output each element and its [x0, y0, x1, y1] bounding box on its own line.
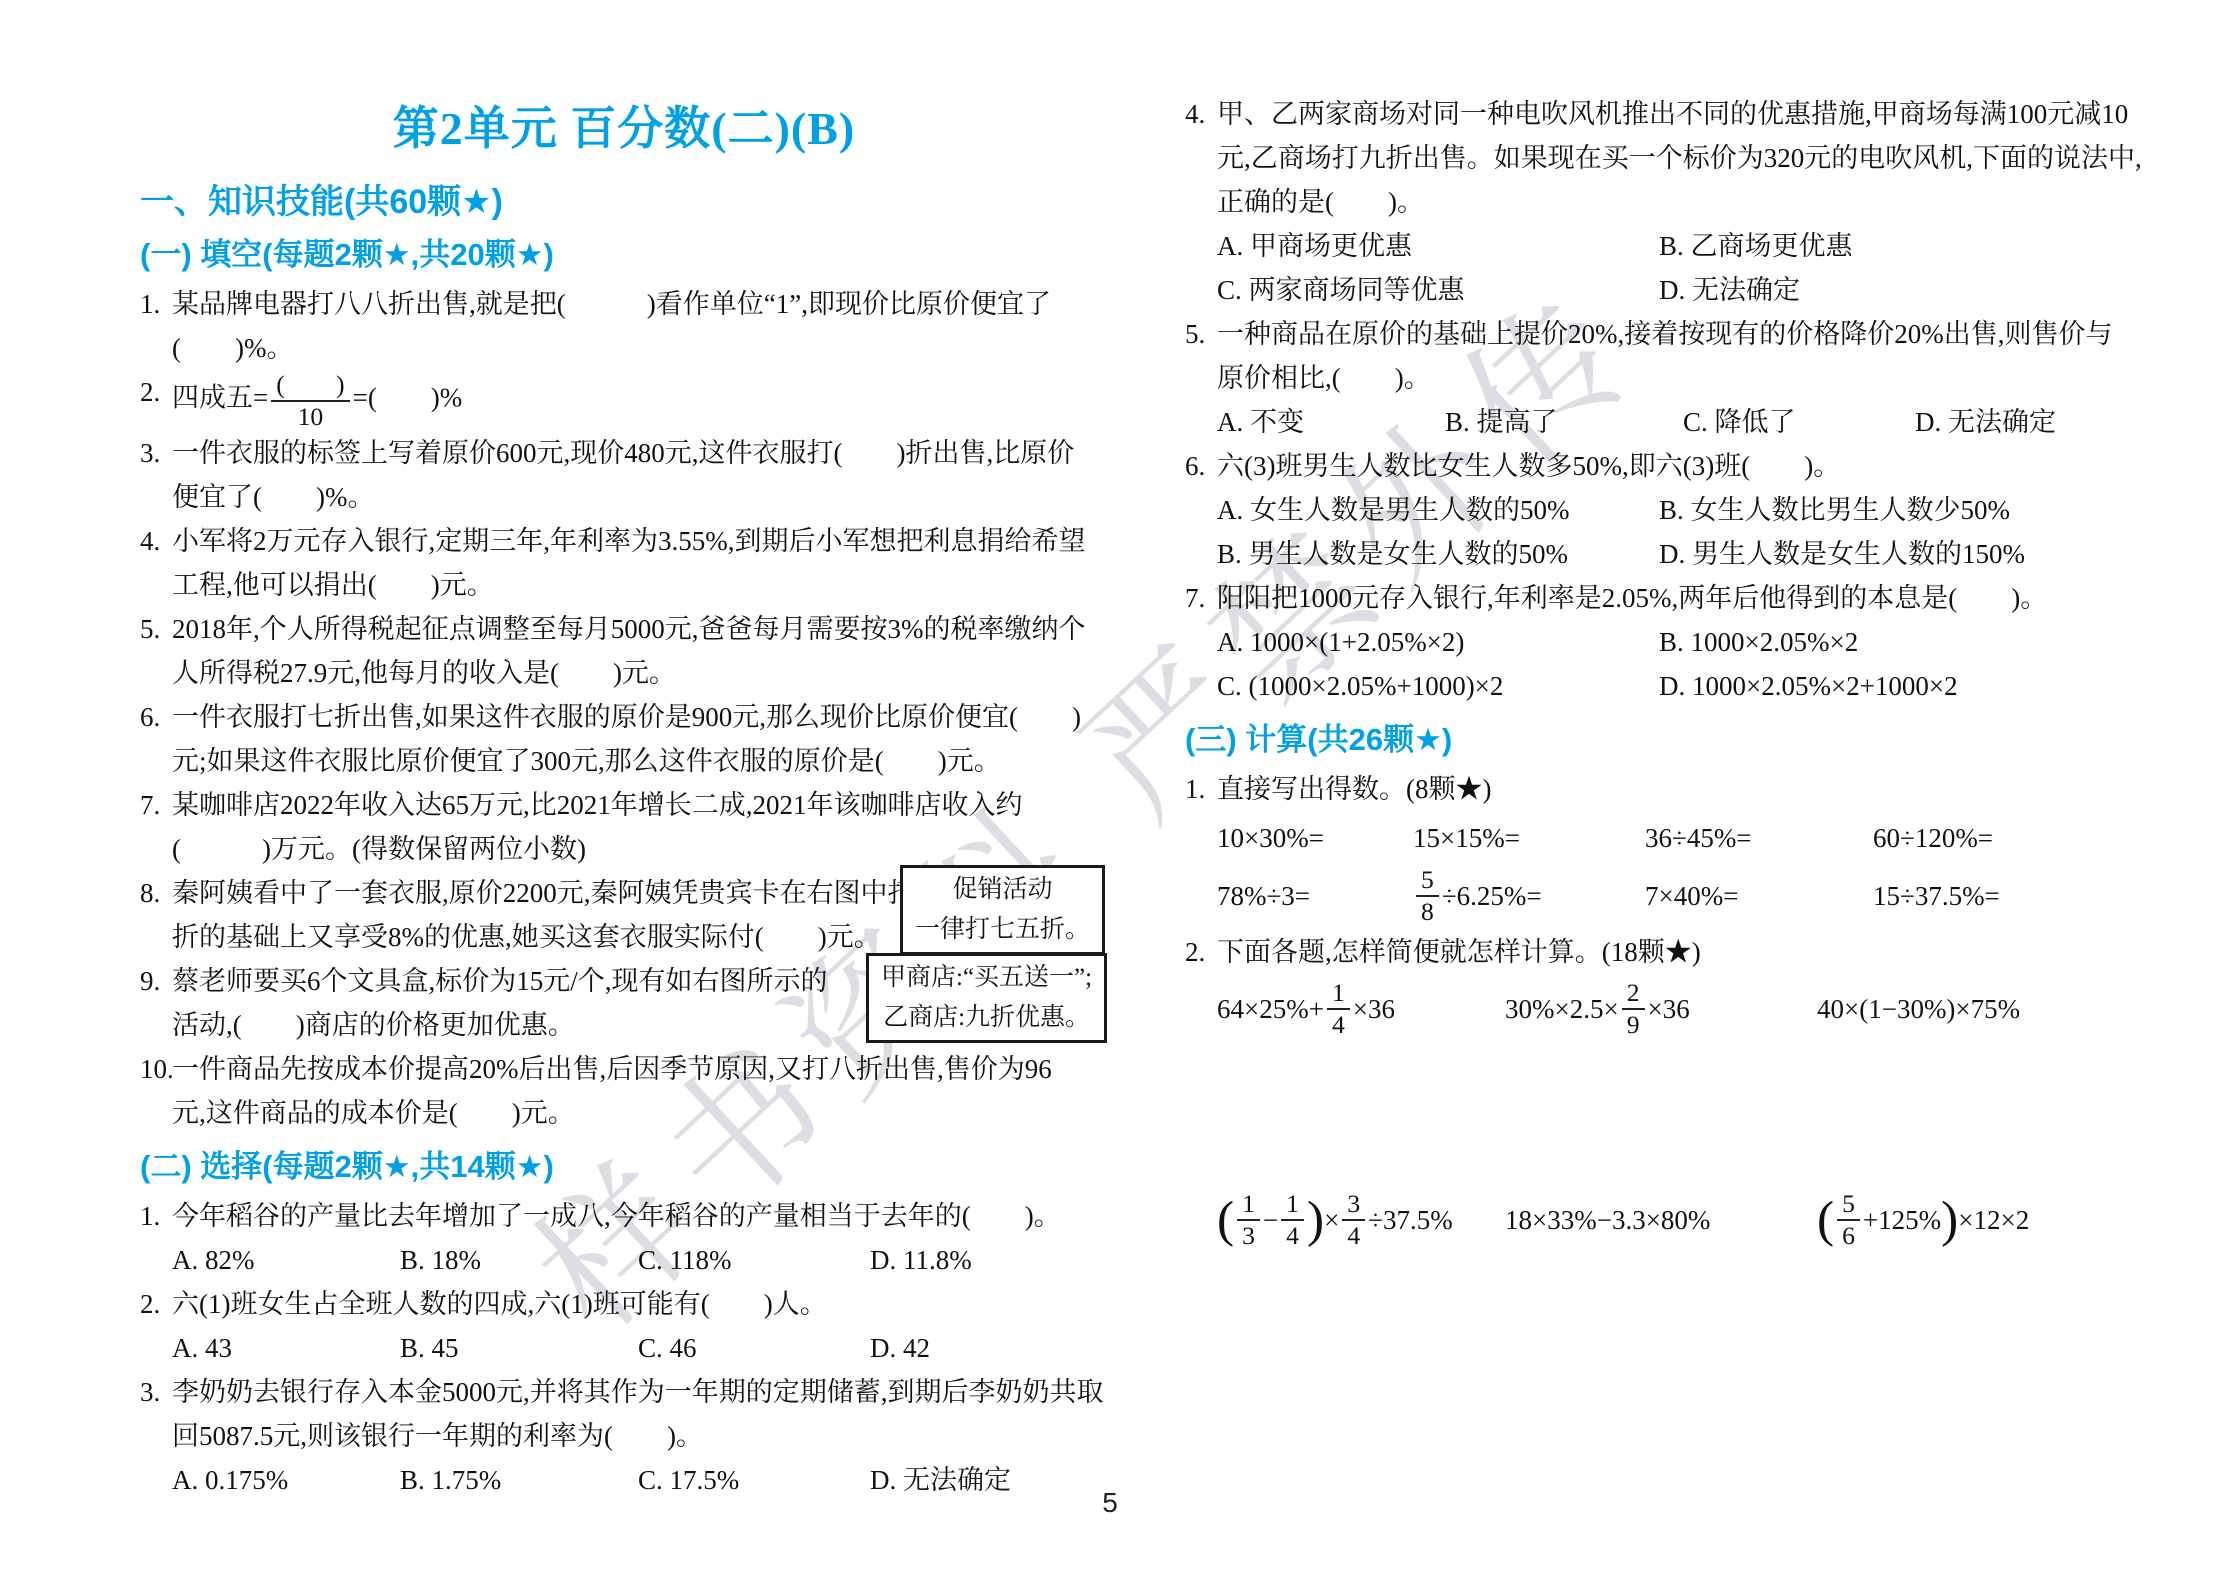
question-body: 某品牌电器打八八折出售,就是把( )看作单位“1”,即现价比原价便宜了( )%。: [172, 282, 1108, 370]
question-line: 工程,他可以捐出( )元。: [172, 563, 1108, 607]
fraction-numerator: 1: [1237, 1189, 1260, 1221]
question-line: 一件衣服的标签上写着原价600元,现价480元,这件衣服打( )折出售,比原价: [172, 431, 1108, 475]
calc-item: 15×15%=: [1413, 815, 1645, 861]
fraction: 13: [1237, 1189, 1260, 1250]
fraction-denominator: 8: [1416, 897, 1439, 927]
text-run: ÷37.5%: [1368, 1197, 1453, 1243]
calc-item: 18×33%−3.3×80%: [1505, 1197, 1817, 1243]
choice-question: 2.六(1)班女生占全班人数的四成,六(1)班可能有( )人。A. 43B. 4…: [140, 1282, 1108, 1370]
text-run: 7×40%=: [1645, 873, 1738, 919]
fraction: 58: [1416, 865, 1439, 926]
question-body: 六(3)班男生人数比女生人数多50%,即六(3)班( )。A. 女生人数是男生人…: [1217, 444, 2135, 576]
subsection-choice-heading: (二) 选择(每题2颗★,共14颗★): [140, 1141, 1108, 1186]
question-body: 一件衣服打七折出售,如果这件衣服的原价是900元,那么现价比原价便宜( )元;如…: [172, 695, 1108, 783]
options-row: A. 不变B. 提高了C. 降低了D. 无法确定: [1217, 400, 2135, 444]
choice-question: 3.李奶奶去银行存入本金5000元,并将其作为一年期的定期储蓄,到期后李奶奶共取…: [140, 1370, 1108, 1502]
text-run: 直接写出得数。(8颗★): [1217, 774, 1491, 804]
question-body: 一件商品先按成本价提高20%后出售,后因季节原因,又打八折出售,售价为96元,这…: [172, 1047, 1108, 1135]
text-run: 秦阿姨看中了一套衣服,原价2200元,秦阿姨凭贵宾卡在右图中打: [172, 878, 915, 908]
question-body: 李奶奶去银行存入本金5000元,并将其作为一年期的定期储蓄,到期后李奶奶共取回5…: [172, 1370, 1108, 1502]
question-body: 四成五=( )10=( )%: [172, 370, 1108, 431]
promo-box: 甲商店:“买五送一”;乙商店:九折优惠。: [866, 953, 1107, 1043]
calc-item: 36÷45%=: [1645, 815, 1873, 861]
question-number: 1.: [1185, 767, 1205, 811]
question-line: 元;如果这件衣服比原价便宜了300元,那么这件衣服的原价是( )元。: [172, 739, 1108, 783]
question-line: 直接写出得数。(8颗★): [1217, 767, 2135, 811]
text-run: 小军将2万元存入银行,定期三年,年利率为3.55%,到期后小军想把利息捐给希望: [172, 526, 1086, 556]
text-run: 18×33%−3.3×80%: [1505, 1197, 1710, 1243]
option: C. 两家商场同等优惠: [1217, 268, 1659, 312]
option: C. 降低了: [1683, 400, 1915, 444]
question-line: 人所得税27.9元,他每月的收入是( )元。: [172, 651, 1108, 695]
calc-item: 64×25%+14×36: [1217, 978, 1505, 1039]
text-run: ÷6.25%=: [1442, 873, 1542, 919]
left-column: 第2单元 百分数(二)(B) 一、知识技能(共60颗★) (一) 填空(每题2颗…: [140, 92, 1108, 1502]
fraction-numerator: 2: [1622, 978, 1645, 1010]
question-body: 阳阳把1000元存入银行,年利率是2.05%,两年后他得到的本息是( )。A. …: [1217, 576, 2135, 708]
question-number: 1.: [140, 282, 160, 326]
question-line: 六(3)班男生人数比女生人数多50%,即六(3)班( )。: [1217, 444, 2135, 488]
question-body: 下面各题,怎样简便就怎样计算。(18颗★)64×25%+14×3630%×2.5…: [1217, 930, 2135, 1250]
text-run: 蔡老师要买6个文具盒,标价为15元/个,现有如右图所示的: [172, 966, 828, 996]
question-body: 直接写出得数。(8颗★)10×30%=15×15%=36÷45%=60÷120%…: [1217, 767, 2135, 926]
text-run: 今年稻谷的产量比去年增加了一成八,今年稻谷的产量相当于去年的( )。: [172, 1201, 1061, 1231]
choice-question: 1.今年稻谷的产量比去年增加了一成八,今年稻谷的产量相当于去年的( )。A. 8…: [140, 1194, 1108, 1282]
choice-questions-list-right: 4.甲、乙两家商场对同一种电吹风机推出不同的优惠措施,甲商场每满100元减10元…: [1185, 92, 2135, 708]
text-run: 30%×2.5×: [1505, 986, 1619, 1032]
question-number: 9.: [140, 959, 160, 1003]
question-body: 某咖啡店2022年收入达65万元,比2021年增长二成,2021年该咖啡店收入约…: [172, 783, 1108, 871]
question-line: 正确的是( )。: [1217, 180, 2135, 224]
question-body: 小军将2万元存入银行,定期三年,年利率为3.55%,到期后小军想把利息捐给希望工…: [172, 519, 1108, 607]
option: B. 1000×2.05%×2: [1659, 620, 2135, 664]
question-number: 1.: [140, 1194, 160, 1238]
fill-question: 3.一件衣服的标签上写着原价600元,现价480元,这件衣服打( )折出售,比原…: [140, 431, 1108, 519]
text-run: 阳阳把1000元存入银行,年利率是2.05%,两年后他得到的本息是( )。: [1217, 583, 2047, 613]
calc-item: 30%×2.5×29×36: [1505, 978, 1817, 1039]
subsection-calc-heading: (三) 计算(共26颗★): [1185, 714, 2135, 759]
question-line: 元,乙商场打九折出售。如果现在买一个标价为320元的电吹风机,下面的说法中,: [1217, 136, 2135, 180]
text-run: 元,乙商场打九折出售。如果现在买一个标价为320元的电吹风机,下面的说法中,: [1217, 143, 2142, 173]
question-number: 10.: [140, 1047, 174, 1091]
choice-question: 5.一种商品在原价的基础上提价20%,接着按现有的价格降价20%出售,则售价与原…: [1185, 312, 2135, 444]
option: A. 不变: [1217, 400, 1445, 444]
options-row: A. 甲商场更优惠B. 乙商场更优惠: [1217, 224, 2135, 268]
fill-question: 5.2018年,个人所得税起征点调整至每月5000元,爸爸每月需要按3%的税率缴…: [140, 607, 1108, 695]
text-run: 一件衣服的标签上写着原价600元,现价480元,这件衣服打( )折出售,比原价: [172, 438, 1074, 468]
text-run: 甲、乙两家商场对同一种电吹风机推出不同的优惠措施,甲商场每满100元减10: [1217, 99, 2128, 129]
question-line: 2018年,个人所得税起征点调整至每月5000元,爸爸每月需要按3%的税率缴纳个: [172, 607, 1108, 651]
question-number: 3.: [140, 431, 160, 475]
text-run: 工程,他可以捐出( )元。: [172, 570, 494, 600]
question-number: 7.: [140, 783, 160, 827]
option: B. 男生人数是女生人数的50%: [1217, 532, 1659, 576]
text-run: 15÷37.5%=: [1873, 873, 2000, 919]
option: C. 46: [638, 1326, 870, 1370]
text-run: 六(3)班男生人数比女生人数多50%,即六(3)班( )。: [1217, 451, 1840, 481]
options-row: C. (1000×2.05%+1000)×2D. 1000×2.05%×2+10…: [1217, 664, 2135, 708]
calc-question: 2.下面各题,怎样简便就怎样计算。(18颗★)64×25%+14×3630%×2…: [1185, 930, 2135, 1250]
question-number: 4.: [1185, 92, 1205, 136]
option: D. 1000×2.05%×2+1000×2: [1659, 664, 2135, 708]
question-line: 甲、乙两家商场对同一种电吹风机推出不同的优惠措施,甲商场每满100元减10: [1217, 92, 2135, 136]
text-run: 元;如果这件衣服比原价便宜了300元,那么这件衣服的原价是( )元。: [172, 746, 1001, 776]
fraction-numerator: 1: [1327, 978, 1350, 1010]
question-number: 8.: [140, 871, 160, 915]
section-knowledge-heading: 一、知识技能(共60颗★): [140, 174, 1108, 223]
option: B. 乙商场更优惠: [1659, 224, 2135, 268]
question-body: 六(1)班女生占全班人数的四成,六(1)班可能有( )人。A. 43B. 45C…: [172, 1282, 1108, 1370]
option: B. 18%: [400, 1238, 638, 1282]
text-run: 正确的是( )。: [1217, 187, 1424, 217]
text-run: 李奶奶去银行存入本金5000元,并将其作为一年期的定期储蓄,到期后李奶奶共取: [172, 1377, 1104, 1407]
fraction: 14: [1281, 1189, 1304, 1250]
fill-question: 7.某咖啡店2022年收入达65万元,比2021年增长二成,2021年该咖啡店收…: [140, 783, 1108, 871]
option: D. 男生人数是女生人数的150%: [1659, 532, 2135, 576]
text-run: 60÷120%=: [1873, 815, 1993, 861]
text-run: ×36: [1648, 986, 1690, 1032]
question-body: 2018年,个人所得税起征点调整至每月5000元,爸爸每月需要按3%的税率缴纳个…: [172, 607, 1108, 695]
question-line: 小军将2万元存入银行,定期三年,年利率为3.55%,到期后小军想把利息捐给希望: [172, 519, 1108, 563]
question-line: 原价相比,( )。: [1217, 356, 2135, 400]
text-run: 40×(1−30%)×75%: [1817, 986, 2020, 1032]
fill-question: 10.一件商品先按成本价提高20%后出售,后因季节原因,又打八折出售,售价为96…: [140, 1047, 1108, 1135]
option: A. 43: [172, 1326, 400, 1370]
calc-question: 1.直接写出得数。(8颗★)10×30%=15×15%=36÷45%=60÷12…: [1185, 767, 2135, 926]
options-row: A. 82%B. 18%C. 118%D. 11.8%: [172, 1238, 1108, 1282]
question-number: 2.: [140, 1282, 160, 1326]
unit-title: 第2单元 百分数(二)(B): [140, 92, 1108, 158]
worksheet-page: 样书资料 严禁外传 第2单元 百分数(二)(B) 一、知识技能(共60颗★) (…: [0, 0, 2220, 1571]
option: D. 无法确定: [1659, 268, 2135, 312]
choice-question: 7.阳阳把1000元存入银行,年利率是2.05%,两年后他得到的本息是( )。A…: [1185, 576, 2135, 708]
calc-item: 7×40%=: [1645, 873, 1873, 919]
fraction: 29: [1622, 978, 1645, 1039]
text-run: 10×30%=: [1217, 815, 1324, 861]
text-run: ( )%。: [172, 333, 293, 363]
text-run: 便宜了( )%。: [172, 482, 374, 512]
promo-box-line: 促销活动: [915, 870, 1090, 910]
question-number: 3.: [140, 1370, 160, 1414]
fill-question: 2.四成五=( )10=( )%: [140, 370, 1108, 431]
fraction-denominator: 9: [1622, 1010, 1645, 1040]
question-line: 一件衣服打七折出售,如果这件衣服的原价是900元,那么现价比原价便宜( ): [172, 695, 1108, 739]
calc-item: (13−14)×34÷37.5%: [1217, 1189, 1505, 1250]
text-run: 元,这件商品的成本价是( )元。: [172, 1098, 575, 1128]
text-run: 回5087.5元,则该银行一年期的利率为( )。: [172, 1421, 703, 1451]
question-body: 甲、乙两家商场对同一种电吹风机推出不同的优惠措施,甲商场每满100元减10元,乙…: [1217, 92, 2135, 312]
choice-questions-list-left: 1.今年稻谷的产量比去年增加了一成八,今年稻谷的产量相当于去年的( )。A. 8…: [140, 1194, 1108, 1502]
question-number: 7.: [1185, 576, 1205, 620]
calc-item: (56+125%)×12×2: [1817, 1189, 2135, 1250]
options-row: A. 43B. 45C. 46D. 42: [172, 1326, 1108, 1370]
option: A. 82%: [172, 1238, 400, 1282]
text-run: 某品牌电器打八八折出售,就是把( )看作单位“1”,即现价比原价便宜了: [172, 289, 1051, 319]
promo-box-line: 乙商店:九折优惠。: [881, 998, 1092, 1038]
calc-item: 58÷6.25%=: [1413, 865, 1645, 926]
fraction-denominator: 6: [1837, 1221, 1860, 1251]
question-line: 阳阳把1000元存入银行,年利率是2.05%,两年后他得到的本息是( )。: [1217, 576, 2135, 620]
option: C. 118%: [638, 1238, 870, 1282]
text-run: 36÷45%=: [1645, 815, 1752, 861]
option: B. 女生人数比男生人数少50%: [1659, 488, 2135, 532]
text-run: =( )%: [353, 383, 463, 413]
text-run: 六(1)班女生占全班人数的四成,六(1)班可能有( )人。: [172, 1289, 827, 1319]
fraction: 14: [1327, 978, 1350, 1039]
fraction: 34: [1342, 1189, 1365, 1250]
question-number: 2.: [140, 370, 160, 414]
fill-question: 9.甲商店:“买五送一”;乙商店:九折优惠。蔡老师要买6个文具盒,标价为15元/…: [140, 959, 1108, 1047]
fraction-numerator: 5: [1837, 1189, 1860, 1221]
text-run: 15×15%=: [1413, 815, 1520, 861]
options-row: A. 1000×(1+2.05%×2)B. 1000×2.05%×2: [1217, 620, 2135, 664]
text-run: +125%: [1863, 1197, 1941, 1243]
text-run: 折的基础上又享受8%的优惠,她买这套衣服实际付( )元。: [172, 922, 881, 952]
question-line: ( )%。: [172, 326, 1108, 370]
question-line: 回5087.5元,则该银行一年期的利率为( )。: [172, 1414, 1108, 1458]
fill-question: 6.一件衣服打七折出售,如果这件衣服的原价是900元,那么现价比原价便宜( )元…: [140, 695, 1108, 783]
question-line: 元,这件商品的成本价是( )元。: [172, 1091, 1108, 1135]
question-line: 便宜了( )%。: [172, 475, 1108, 519]
question-body: 今年稻谷的产量比去年增加了一成八,今年稻谷的产量相当于去年的( )。A. 82%…: [172, 1194, 1108, 1282]
text-run: ( )万元。(得数保留两位小数): [172, 834, 586, 864]
option: A. 1000×(1+2.05%×2): [1217, 620, 1659, 664]
fraction-denominator: 4: [1281, 1221, 1304, 1251]
fraction-numerator: 5: [1416, 865, 1439, 897]
question-number: 2.: [1185, 930, 1205, 974]
question-line: 四成五=( )10=( )%: [172, 370, 1108, 431]
text-run: 某咖啡店2022年收入达65万元,比2021年增长二成,2021年该咖啡店收入约: [172, 790, 1023, 820]
text-run: ×: [1324, 1197, 1339, 1243]
calc-row: 64×25%+14×3630%×2.5×29×3640×(1−30%)×75%: [1217, 978, 2135, 1039]
options-row: A. 女生人数是男生人数的50%B. 女生人数比男生人数少50%: [1217, 488, 2135, 532]
question-body: 一种商品在原价的基础上提价20%,接着按现有的价格降价20%出售,则售价与原价相…: [1217, 312, 2135, 444]
calc-item: 15÷37.5%=: [1873, 873, 2135, 919]
question-number: 5.: [1185, 312, 1205, 356]
fraction: ( )10: [271, 370, 349, 431]
question-body: 一件衣服的标签上写着原价600元,现价480元,这件衣服打( )折出售,比原价便…: [172, 431, 1108, 519]
question-line: 一种商品在原价的基础上提价20%,接着按现有的价格降价20%出售,则售价与: [1217, 312, 2135, 356]
question-number: 6.: [1185, 444, 1205, 488]
calc-row: 78%÷3=58÷6.25%=7×40%=15÷37.5%=: [1217, 865, 2135, 926]
fill-question: 1.某品牌电器打八八折出售,就是把( )看作单位“1”,即现价比原价便宜了( )…: [140, 282, 1108, 370]
question-number: 4.: [140, 519, 160, 563]
text-run: 2018年,个人所得税起征点调整至每月5000元,爸爸每月需要按3%的税率缴纳个: [172, 614, 1086, 644]
options-row: C. 两家商场同等优惠D. 无法确定: [1217, 268, 2135, 312]
text-run: ×36: [1353, 986, 1395, 1032]
page-number: 5: [0, 1487, 2220, 1519]
fill-question: 4.小军将2万元存入银行,定期三年,年利率为3.55%,到期后小军想把利息捐给希…: [140, 519, 1108, 607]
text-run: 78%÷3=: [1217, 873, 1310, 919]
fraction-numerator: 3: [1342, 1189, 1365, 1221]
option: A. 女生人数是男生人数的50%: [1217, 488, 1659, 532]
fill-questions-list: 1.某品牌电器打八八折出售,就是把( )看作单位“1”,即现价比原价便宜了( )…: [140, 282, 1108, 1135]
text-run: 四成五=: [172, 383, 268, 413]
fill-question: 8.促销活动一律打七五折。秦阿姨看中了一套衣服,原价2200元,秦阿姨凭贵宾卡在…: [140, 871, 1108, 959]
subsection-fill-heading: (一) 填空(每题2颗★,共20颗★): [140, 229, 1108, 274]
text-run: 64×25%+: [1217, 986, 1324, 1032]
question-line: 今年稻谷的产量比去年增加了一成八,今年稻谷的产量相当于去年的( )。: [172, 1194, 1108, 1238]
question-line: 六(1)班女生占全班人数的四成,六(1)班可能有( )人。: [172, 1282, 1108, 1326]
fraction-denominator: 4: [1342, 1221, 1365, 1251]
question-number: 5.: [140, 607, 160, 651]
fraction-numerator: ( ): [271, 370, 349, 402]
text-run: 一件衣服打七折出售,如果这件衣服的原价是900元,那么现价比原价便宜( ): [172, 702, 1081, 732]
calc-item: 78%÷3=: [1217, 873, 1413, 919]
option: D. 无法确定: [1915, 400, 2135, 444]
promo-box-line: 甲商店:“买五送一”;: [881, 958, 1092, 998]
question-line: 下面各题,怎样简便就怎样计算。(18颗★): [1217, 930, 2135, 974]
text-run: −: [1263, 1197, 1278, 1243]
choice-question: 4.甲、乙两家商场对同一种电吹风机推出不同的优惠措施,甲商场每满100元减10元…: [1185, 92, 2135, 312]
option: A. 甲商场更优惠: [1217, 224, 1659, 268]
option: C. (1000×2.05%+1000)×2: [1217, 664, 1659, 708]
question-line: 某咖啡店2022年收入达65万元,比2021年增长二成,2021年该咖啡店收入约: [172, 783, 1108, 827]
right-column: 4.甲、乙两家商场对同一种电吹风机推出不同的优惠措施,甲商场每满100元减10元…: [1185, 92, 2135, 1254]
question-line: 一件商品先按成本价提高20%后出售,后因季节原因,又打八折出售,售价为96: [172, 1047, 1108, 1091]
fraction-denominator: 10: [293, 402, 329, 432]
calc-item: 40×(1−30%)×75%: [1817, 986, 2135, 1032]
text-run: 下面各题,怎样简便就怎样计算。(18颗★): [1217, 937, 1701, 967]
choice-question: 6.六(3)班男生人数比女生人数多50%,即六(3)班( )。A. 女生人数是男…: [1185, 444, 2135, 576]
fraction: 56: [1837, 1189, 1860, 1250]
text-run: 活动,( )商店的价格更加优惠。: [172, 1010, 575, 1040]
calc-questions-list: 1.直接写出得数。(8颗★)10×30%=15×15%=36÷45%=60÷12…: [1185, 767, 2135, 1250]
text-run: 一种商品在原价的基础上提价20%,接着按现有的价格降价20%出售,则售价与: [1217, 319, 2112, 349]
question-number: 6.: [140, 695, 160, 739]
calc-item: 60÷120%=: [1873, 815, 2135, 861]
question-line: 某品牌电器打八八折出售,就是把( )看作单位“1”,即现价比原价便宜了: [172, 282, 1108, 326]
options-row: B. 男生人数是女生人数的50%D. 男生人数是女生人数的150%: [1217, 532, 2135, 576]
promo-box: 促销活动一律打七五折。: [900, 865, 1105, 955]
fraction-denominator: 3: [1237, 1221, 1260, 1251]
fraction-numerator: 1: [1281, 1189, 1304, 1221]
calc-row: 10×30%=15×15%=36÷45%=60÷120%=: [1217, 815, 2135, 861]
text-run: 人所得税27.9元,他每月的收入是( )元。: [172, 658, 676, 688]
option: D. 11.8%: [870, 1238, 1108, 1282]
question-line: 李奶奶去银行存入本金5000元,并将其作为一年期的定期储蓄,到期后李奶奶共取: [172, 1370, 1108, 1414]
option: B. 提高了: [1445, 400, 1683, 444]
option: B. 45: [400, 1326, 638, 1370]
text-run: 一件商品先按成本价提高20%后出售,后因季节原因,又打八折出售,售价为96: [172, 1054, 1052, 1084]
option: D. 42: [870, 1326, 1108, 1370]
promo-box-line: 一律打七五折。: [915, 910, 1090, 950]
calc-item: 10×30%=: [1217, 815, 1413, 861]
text-run: 原价相比,( )。: [1217, 363, 1431, 393]
text-run: ×12×2: [1958, 1197, 2029, 1243]
fraction-denominator: 4: [1327, 1010, 1350, 1040]
calc-row: (13−14)×34÷37.5%18×33%−3.3×80%(56+125%)×…: [1217, 1189, 2135, 1250]
